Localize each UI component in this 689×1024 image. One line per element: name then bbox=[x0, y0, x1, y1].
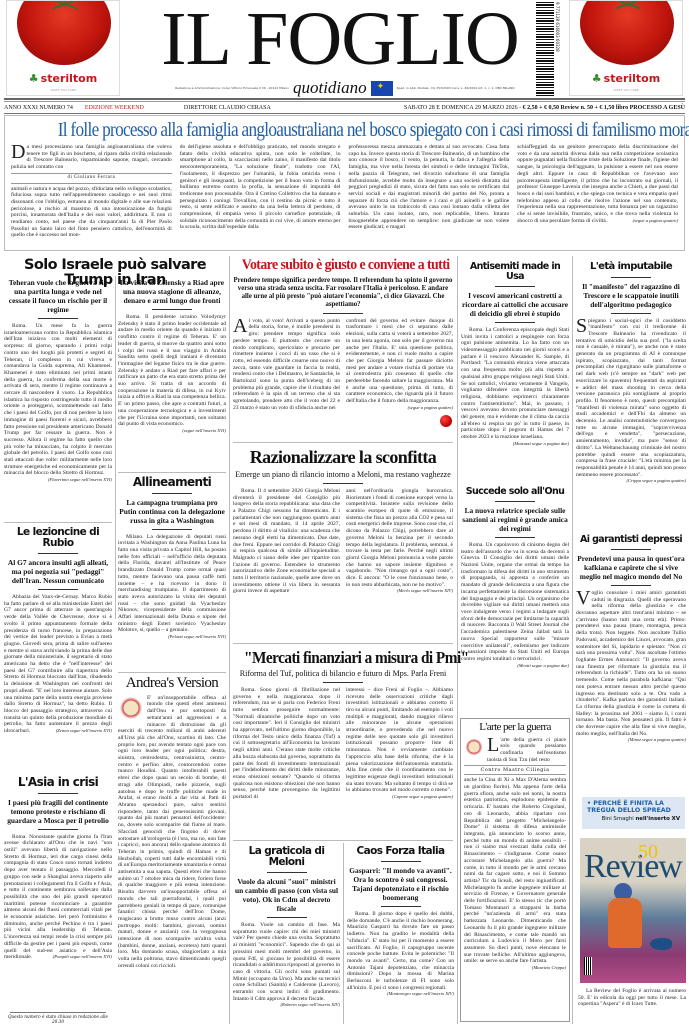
column-divider bbox=[457, 256, 458, 1024]
article-allineamenti: Allineamenti La campagna trumpiana pro P… bbox=[118, 476, 226, 641]
article-forza-italia: Caos Forza Italia Gasparri: "Il mondo va… bbox=[347, 846, 454, 998]
divider bbox=[323, 313, 363, 314]
date-price: SABATO 28 E DOMENICA 29 MARZO 2026 - € 2… bbox=[404, 105, 685, 111]
divider bbox=[495, 286, 535, 287]
article-asia: L'Asia in crisi I paesi più fragili del … bbox=[4, 776, 112, 961]
barcode bbox=[536, 2, 554, 96]
article-deck: La campagna trumpiana pro Putin continua… bbox=[118, 498, 226, 525]
section-rule bbox=[118, 472, 226, 473]
masthead: ♣steriltom TASTE YOU CARE IL FOGLIO Reda… bbox=[0, 0, 689, 98]
divider bbox=[611, 549, 651, 550]
article-body: Roma. Un mese fa la guerra israeloameric… bbox=[4, 323, 112, 477]
article-headline[interactable]: L'arte per la guerra bbox=[464, 722, 566, 734]
article-body: Abbazia dei Vaux-de-Cernay. Marco Rubio … bbox=[4, 594, 112, 735]
article-antisemiti: Antisemiti made in Usa I vescovi america… bbox=[461, 262, 569, 448]
divider bbox=[611, 277, 651, 278]
article-arte: L'arte per la guerra L'arte della guerra… bbox=[460, 718, 570, 1022]
column-divider bbox=[343, 843, 344, 1024]
article-columns: Roma. Sono giorni di fibrillazione nel g… bbox=[233, 687, 453, 801]
info-bar: ANNO XXXI NUMERO 74 EDIZIONE WEEKEND DIR… bbox=[4, 103, 685, 114]
article-deck: Teheran vuole che la guerra sia una part… bbox=[4, 278, 112, 314]
article-deck: Riforma del Tuf, politica di bilancio e … bbox=[233, 669, 453, 678]
top-story-col-3: professoressa mezza ammazzata e dettata … bbox=[349, 144, 510, 239]
issue-number: ANNO XXXI NUMERO 74 bbox=[4, 105, 73, 111]
article-headline[interactable]: Succede solo all'Onu bbox=[461, 487, 569, 497]
article-garantisti: Ai garantisti depressi Prendetevi una pa… bbox=[576, 535, 686, 744]
article-body: E' un'insopportabile offesa al mondo che… bbox=[118, 695, 226, 970]
article-body: anni nell'ordinaria giungla burocratica.… bbox=[346, 488, 453, 595]
article-headline[interactable]: "Mercati finanziari a misura di Pmi" bbox=[244, 649, 442, 667]
review-caption: La Review del Foglio è arrivata al numer… bbox=[578, 988, 686, 1008]
article-body: Roma. Il giorno dopo è quello dei dubbi,… bbox=[347, 911, 454, 991]
promo-title: • PERCHÉ È FINITA LA TREGUA DELLO SPREAD bbox=[587, 800, 680, 814]
article-body: Spiegano i social-ogici che il cosiddett… bbox=[576, 318, 686, 479]
article-deck: La visita di Zelensky a Riad apre una nu… bbox=[118, 278, 226, 305]
article-deck: I paesi più fragili del continente temon… bbox=[4, 798, 112, 825]
divider bbox=[267, 917, 307, 918]
top-story-col-1: Da mesi processiamo una famiglia angloau… bbox=[11, 144, 172, 239]
bird-icon bbox=[650, 938, 672, 950]
figure-body bbox=[608, 898, 642, 948]
section-rule bbox=[118, 672, 226, 673]
article-headline[interactable]: L'età imputabile bbox=[576, 262, 686, 273]
ad-left-steriltom[interactable]: ♣steriltom TASTE YOU CARE bbox=[6, 0, 120, 96]
newspaper-logo[interactable]: IL FOGLIO bbox=[155, 0, 525, 78]
logo-subline: Redazione e Amministrazione: Corso Vitto… bbox=[160, 78, 530, 98]
divider bbox=[152, 309, 192, 310]
section-rule bbox=[233, 840, 453, 841]
article-deck: Gasparri: "Il mondo va avanti". Ora lo s… bbox=[347, 866, 454, 902]
promo-source: Bini Smaghi nell'inserto XV bbox=[587, 816, 680, 822]
stem-icon bbox=[612, 0, 644, 15]
article-deck: Prendetevi una pausa in quest'ora kafkia… bbox=[576, 554, 686, 581]
article-headline[interactable]: Razionalizzare la sconfitta bbox=[233, 448, 453, 467]
article-body: Milano. La delegazione di deputati russi… bbox=[118, 534, 226, 635]
divider bbox=[611, 585, 651, 586]
article-body: Roma. Il 4 settembre 2026 Giorgia Meloni… bbox=[233, 488, 340, 595]
article-body: Roma. Un capolavoro di cinismo degno del… bbox=[461, 542, 569, 663]
article-votare: Votare subito è giusto e conviene a tutt… bbox=[233, 258, 453, 412]
article-deck: Vuole da alcuni "suoi" ministri un cambi… bbox=[233, 877, 340, 913]
divider bbox=[495, 322, 535, 323]
article-body: Al voto, al voto! Arrivati a questo punt… bbox=[233, 318, 340, 412]
column-divider bbox=[229, 256, 230, 1024]
ad-right-steriltom[interactable]: ♣steriltom TASTE YOU CARE bbox=[569, 0, 683, 96]
section-rule bbox=[4, 522, 112, 523]
divider bbox=[38, 318, 78, 319]
column-divider bbox=[115, 276, 116, 619]
masthead-rule bbox=[4, 98, 685, 102]
divider bbox=[38, 589, 78, 590]
divider bbox=[38, 553, 78, 554]
article-deck: La nuova relatrice speciale sulle sanzio… bbox=[461, 506, 569, 533]
article-headline[interactable]: Ai garantisti depressi bbox=[576, 535, 686, 545]
article-headline[interactable]: L'Asia in crisi bbox=[4, 776, 112, 789]
article-body: confronti del governo ed evitare dunque … bbox=[346, 318, 453, 412]
edition-label: EDIZIONE WEEKEND bbox=[85, 105, 144, 111]
director: DIRETTORE CLAUDIO CERASA bbox=[184, 105, 271, 111]
article-intro: L'arte della guerra ci piace solo quando… bbox=[464, 737, 566, 764]
ad-brand: ♣steriltom bbox=[570, 72, 682, 85]
article-body: Roma. Nonostante qualche giorno fa l'Ira… bbox=[4, 834, 112, 961]
barcode-number: 9 771128 616003 60328 bbox=[555, 2, 560, 52]
article-body: Roma. Il presidente ucraino Volodymyr Ze… bbox=[118, 314, 226, 428]
article-body: Roma. Vuole un cambio di fase. Ma soprat… bbox=[233, 922, 340, 1002]
byline: di Giuliano Ferrara bbox=[11, 173, 172, 184]
article-headline[interactable]: Le lezioncine di Rubio bbox=[4, 527, 112, 549]
article-body: interessi – dice Freni al Foglio –. Abbi… bbox=[346, 687, 453, 801]
subtitle: quotidiano bbox=[293, 78, 367, 98]
closing-note: Questo numero è stato chiuso in redazion… bbox=[4, 1014, 112, 1024]
address-text: Redazione e Amministrazione: Corso Vitto… bbox=[175, 86, 289, 90]
divider bbox=[381, 906, 421, 907]
continued-link[interactable]: (segue a pagina quattro) bbox=[633, 218, 678, 225]
stem-icon bbox=[49, 0, 81, 15]
section-rule bbox=[233, 643, 453, 644]
article-deck: Prendere tempo significa perdere tempo. … bbox=[233, 277, 453, 309]
article-onu: Succede solo all'Onu La nuova relatrice … bbox=[461, 487, 569, 669]
dropcap: D bbox=[11, 144, 25, 160]
article-columns: Roma. Il 4 settembre 2026 Giorgia Meloni… bbox=[233, 488, 453, 595]
article-israel-left: Teheran vuole che la guerra sia una part… bbox=[4, 278, 112, 484]
section-rule bbox=[233, 442, 453, 443]
article-headline[interactable]: Caos Forza Italia bbox=[347, 846, 454, 857]
divider bbox=[38, 829, 78, 830]
top-story: Il folle processo alla famiglia angloaus… bbox=[4, 115, 685, 251]
divider bbox=[152, 493, 192, 494]
top-story-col-4: schiaffeggiati da un genitore preoccupat… bbox=[517, 144, 678, 239]
article-rubio: Le lezioncine di Rubio Al G7 ancora insu… bbox=[4, 527, 112, 735]
article-headline[interactable]: Votare subito è giusto e conviene a tutt… bbox=[242, 258, 444, 274]
divider bbox=[152, 529, 192, 530]
ad-tagline: TASTE YOU CARE bbox=[570, 88, 682, 92]
leaf-icon: ♣ bbox=[592, 72, 602, 85]
barcode bbox=[584, 957, 592, 975]
divider bbox=[323, 682, 363, 683]
article-body: anche la Cina di Xi a Max D'Alema sembra… bbox=[464, 777, 566, 965]
article-deck: Emerge un piano di rilancio intorno a Me… bbox=[233, 470, 453, 479]
divider bbox=[495, 537, 535, 538]
article-headline[interactable]: Andrea's Version bbox=[118, 676, 226, 692]
article-body: Roma. La Conferenza episcopale degli Sta… bbox=[461, 327, 569, 441]
promo-box-spread[interactable]: • PERCHÉ È FINITA LA TREGUA DELLO SPREAD… bbox=[582, 797, 685, 829]
postal-text: Sped. in Abb. Postale - DL 353/2003 Conv… bbox=[397, 86, 515, 90]
review-cover-image[interactable]: Review 50 bbox=[580, 838, 686, 983]
article-body: Roma. Sono giorni di fibrillazione nel g… bbox=[233, 687, 340, 801]
article-body: Voglio consolare i miei amici garantisti… bbox=[576, 590, 686, 737]
review-title: Review bbox=[584, 848, 682, 886]
article-meloni: La graticola di Meloni Vuole da alcuni "… bbox=[233, 846, 340, 1009]
column-divider bbox=[572, 256, 573, 1024]
top-story-col-2: do dell'igiene assoluta e dell'obbligo p… bbox=[180, 144, 341, 239]
footer-rule bbox=[10, 1012, 106, 1013]
leaf-icon: ♣ bbox=[29, 72, 39, 85]
article-deck: I vescovi americani costretti a ricordar… bbox=[461, 291, 569, 318]
article-israel-right: La visita di Zelensky a Riad apre una nu… bbox=[118, 278, 226, 435]
divider bbox=[323, 483, 363, 484]
top-story-columns: Da mesi processiamo una famiglia angloau… bbox=[11, 144, 678, 239]
cartoon-illustration-icon bbox=[464, 737, 484, 757]
divider bbox=[381, 861, 421, 862]
top-story-headline[interactable]: Il folle processo alla famiglia angloaus… bbox=[58, 119, 632, 141]
article-eta-imputabile: L'età imputabile Il "manifesto" del raga… bbox=[576, 262, 686, 485]
byline: Contro Mastro Ciliegia bbox=[464, 765, 566, 775]
divider bbox=[38, 793, 78, 794]
review-number: 50 bbox=[638, 841, 658, 864]
article-deck: Il "manifesto" del ragazzino di Trescore… bbox=[576, 282, 686, 309]
article-headline[interactable]: Antisemiti made in Usa bbox=[461, 262, 569, 282]
article-deck: Al G7 ancora insulti agli alleati, ma po… bbox=[4, 558, 112, 585]
article-razionalizzare: Razionalizzare la sconfitta Emerge un pi… bbox=[233, 448, 453, 595]
article-columns: Al voto, al voto! Arrivati a questo punt… bbox=[233, 318, 453, 412]
article-headline[interactable]: La graticola di Meloni bbox=[233, 846, 340, 868]
divider bbox=[611, 313, 651, 314]
ad-tagline: TASTE YOU CARE bbox=[7, 88, 119, 92]
ad-brand: ♣steriltom bbox=[7, 72, 119, 85]
cartoon-illustration-icon bbox=[118, 695, 144, 721]
divider bbox=[495, 501, 535, 502]
article-headline[interactable]: Allineamenti bbox=[118, 476, 226, 489]
divider bbox=[267, 872, 307, 873]
article-andreas-version: Andrea's Version E' un'insopportabile of… bbox=[118, 676, 226, 970]
article-mercati: "Mercati finanziari a misura di Pmi" Rif… bbox=[233, 649, 453, 801]
cherry-icon bbox=[440, 415, 452, 427]
eu-flag-icon bbox=[371, 81, 393, 96]
